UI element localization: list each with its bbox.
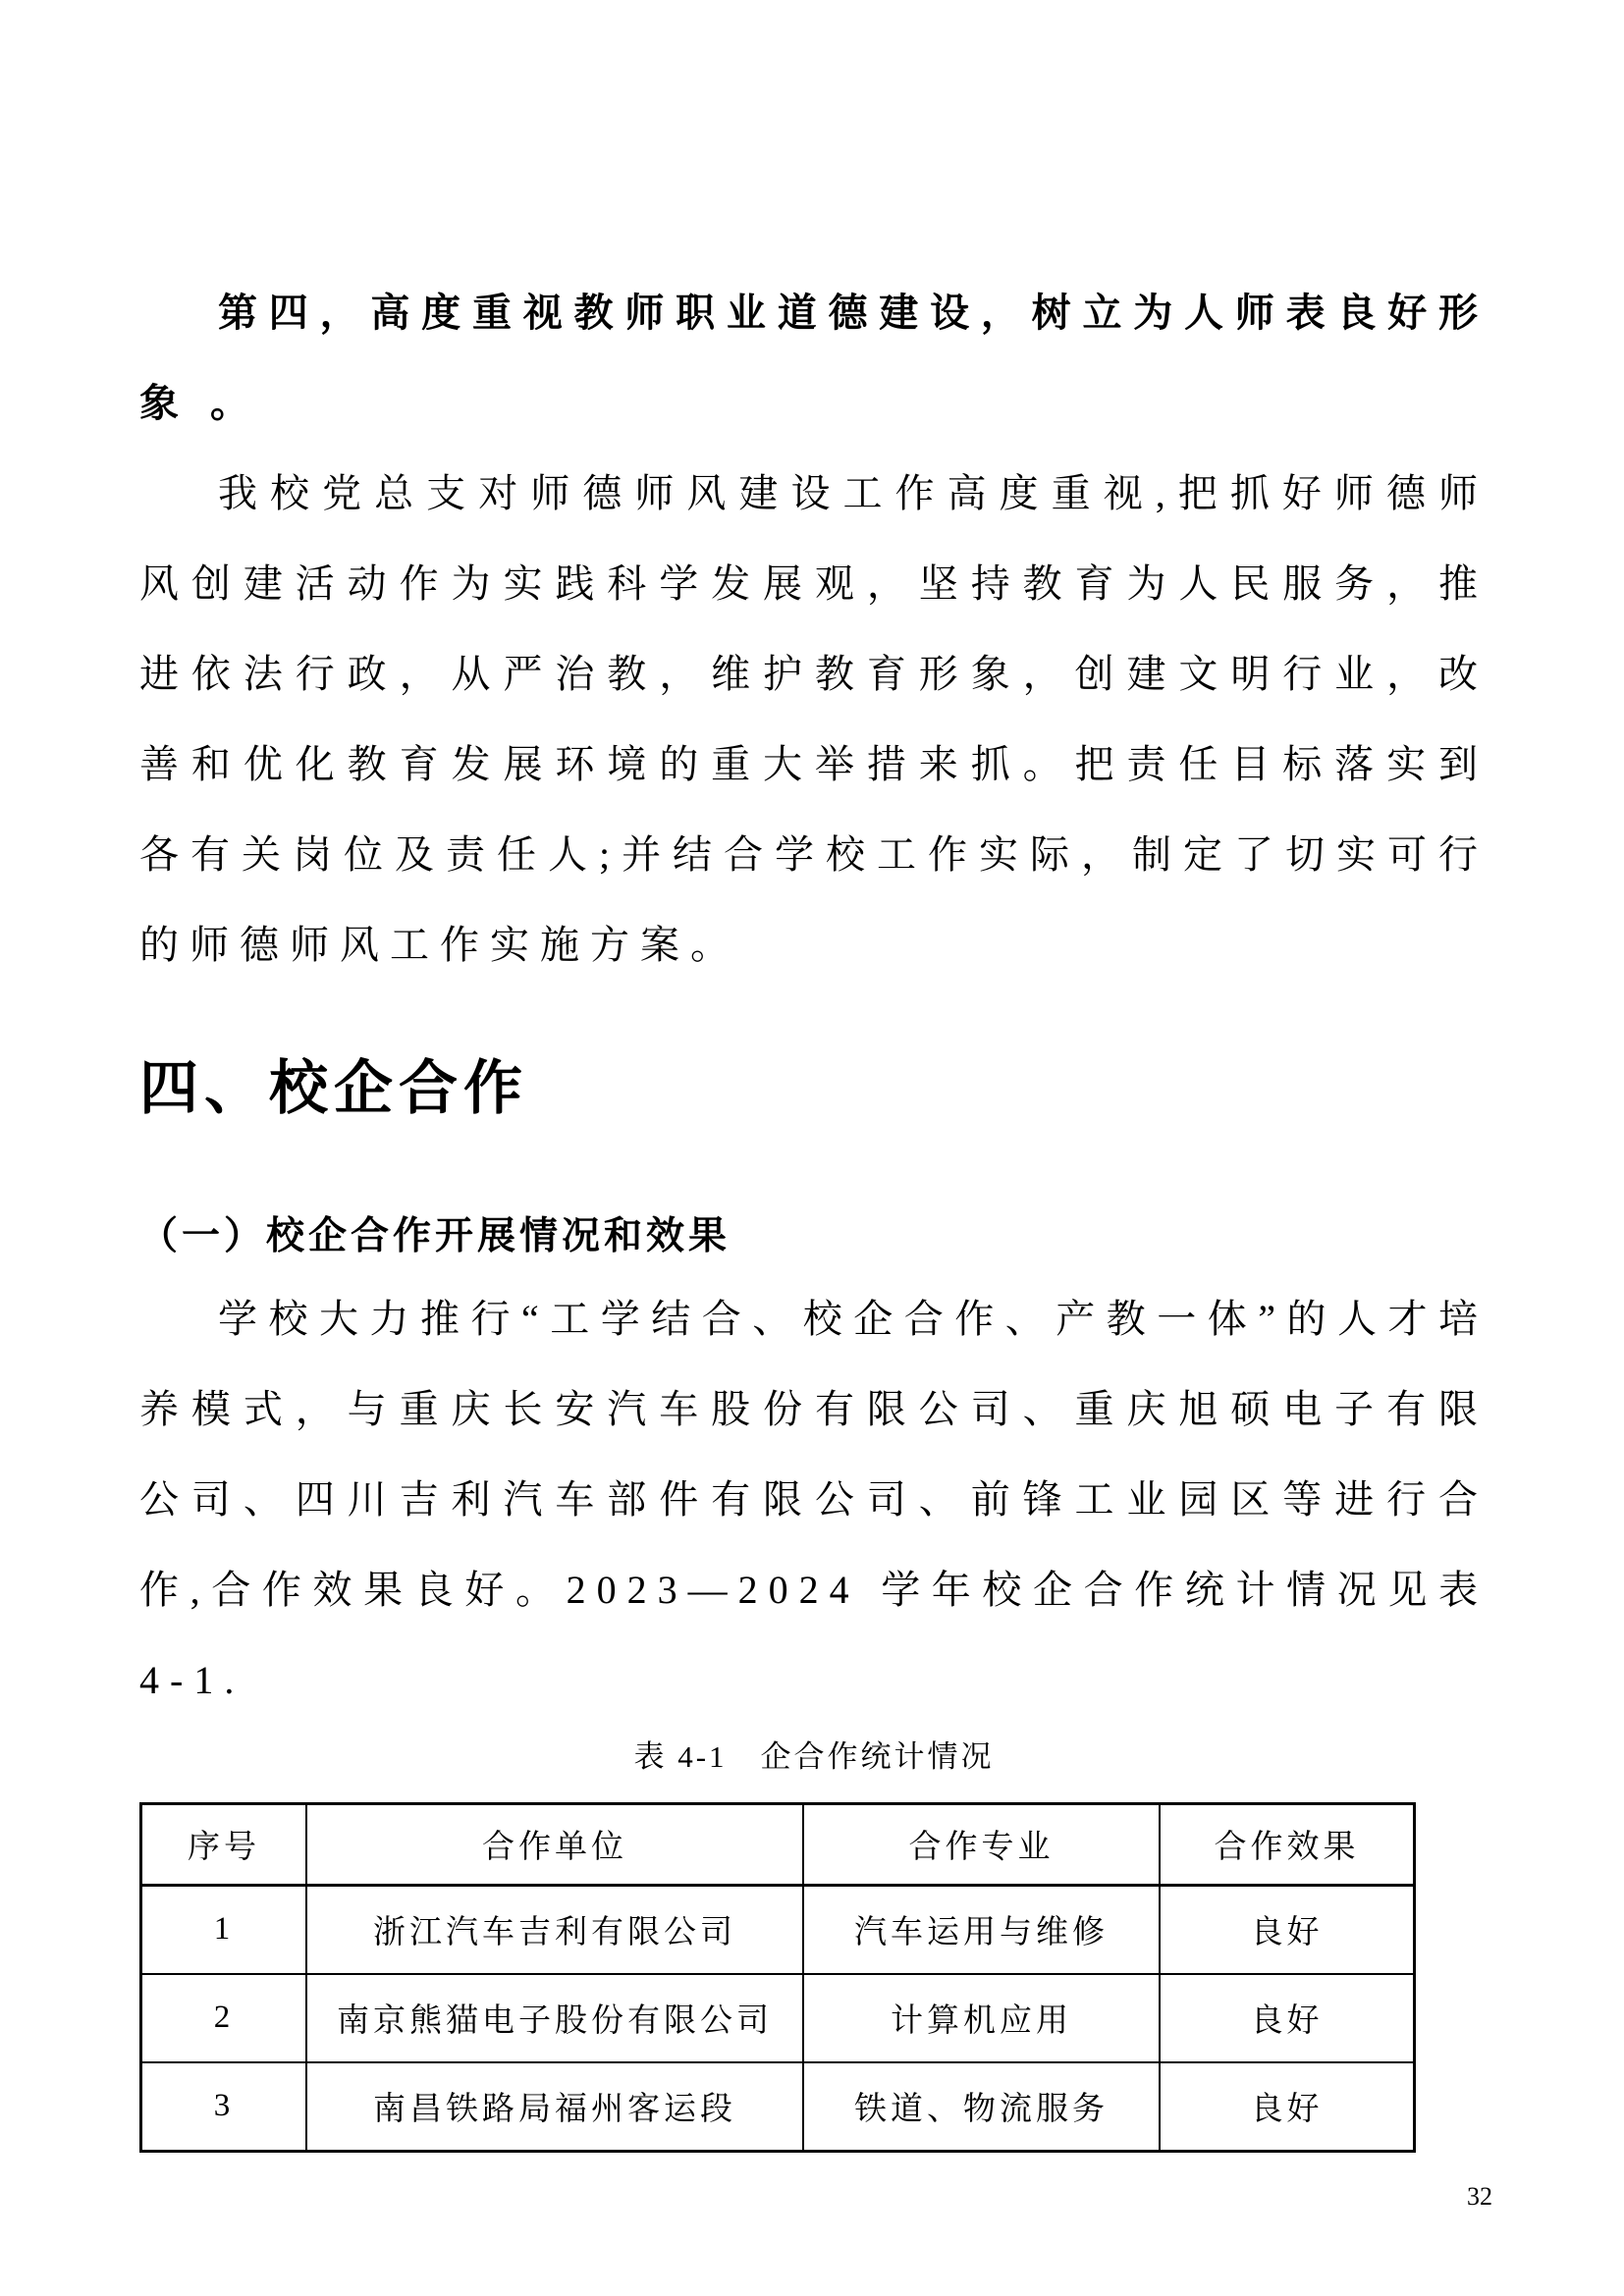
paragraph-cooperation-body: 学校大力推行“工学结合、校企合作、产教一体”的人才培养模式，与重庆长安汽车股份有… [139,1274,1489,1726]
section-heading-cooperation: 四、校企合作 [139,1053,1489,1124]
cell-major: 铁道、物流服务 [803,2062,1160,2152]
document-page: 第四，高度重视教师职业道德建设，树立为人师表良好形象 。 我校党总支对师德师风建… [0,0,1624,2296]
page-number: 32 [1467,2182,1492,2212]
col-header-major: 合作专业 [803,1803,1160,1885]
cell-index: 1 [141,1885,307,1974]
paragraph-ethics-body: 我校党总支对师德师风建设工作高度重视,把抓好师德师风创建活动作为实践科学发展观，… [139,449,1489,990]
cooperation-table: 序号 合作单位 合作专业 合作效果 1 浙江汽车吉利有限公司 汽车运用与维修 良… [139,1802,1416,2153]
cell-partner: 浙江汽车吉利有限公司 [306,1885,803,1974]
cell-major: 计算机应用 [803,1974,1160,2062]
page-content: 第四，高度重视教师职业道德建设，树立为人师表良好形象 。 我校党总支对师德师风建… [139,268,1489,2153]
cell-effect: 良好 [1160,1974,1414,2062]
cell-effect: 良好 [1160,2062,1414,2152]
cell-major: 汽车运用与维修 [803,1885,1160,1974]
col-header-partner: 合作单位 [306,1803,803,1885]
cell-partner: 南昌铁路局福州客运段 [306,2062,803,2152]
cell-partner: 南京熊猫电子股份有限公司 [306,1974,803,2062]
col-header-index: 序号 [141,1803,307,1885]
col-header-effect: 合作效果 [1160,1803,1414,1885]
sub-heading-cooperation-status: （一）校企合作开展情况和效果 [139,1214,1489,1260]
paragraph-ethics-heading: 第四，高度重视教师职业道德建设，树立为人师表良好形象 。 [139,268,1489,449]
table-caption: 表 4-1 企合作统计情况 [139,1734,1489,1781]
cell-index: 3 [141,2062,307,2152]
table-row: 2 南京熊猫电子股份有限公司 计算机应用 良好 [141,1974,1415,2062]
cell-index: 2 [141,1974,307,2062]
table-header-row: 序号 合作单位 合作专业 合作效果 [141,1803,1415,1885]
table-row: 3 南昌铁路局福州客运段 铁道、物流服务 良好 [141,2062,1415,2152]
table-row: 1 浙江汽车吉利有限公司 汽车运用与维修 良好 [141,1885,1415,1974]
cell-effect: 良好 [1160,1885,1414,1974]
